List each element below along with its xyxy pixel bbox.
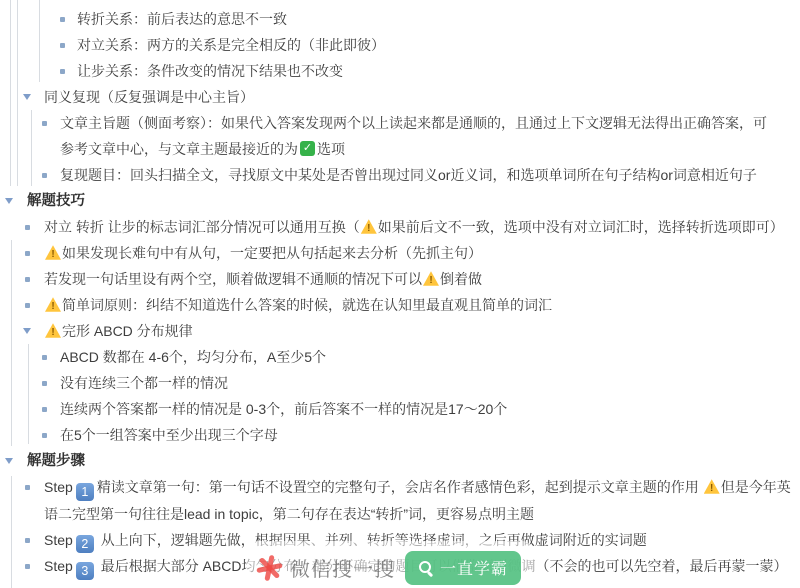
outline-item: 复现题目：回头扫描全文，寻找原文中某处是否曾出现过同义or近义词，和选项单词所在… — [0, 162, 794, 188]
item-text-segment: 简单词原则：纠结不知道选什么答案的时候，就选在认知里最直观且简单的词汇 — [62, 297, 552, 313]
bullet-icon[interactable] — [42, 381, 47, 386]
item-text-segment: 选项 — [317, 141, 345, 157]
item-text: 对立 转折 让步的标志词汇部分情况可以通用互换（如果前后文不一致，选项中没有对立… — [44, 219, 784, 235]
watermark-brand-text: 微信搜一搜 — [290, 553, 395, 582]
warning-icon — [45, 323, 61, 338]
item-text: 同义复现（反复强调是中心主旨） — [44, 89, 254, 105]
item-text: 让步关系：条件改变的情况下结果也不改变 — [77, 63, 343, 79]
warning-icon — [45, 297, 61, 312]
outline-document: 转折关系：前后表达的意思不一致 对立关系：两方的关系是完全相反的（非此即彼） 让… — [0, 0, 800, 588]
item-text: 完形 ABCD 分布规律 — [44, 323, 193, 339]
section-title: 解题步骤 — [27, 453, 85, 469]
outline-item: 在5个一组答案中至少出现三个字母 — [0, 422, 794, 448]
step-label: Step — [44, 479, 73, 495]
item-text-segment: 完形 ABCD 分布规律 — [62, 323, 193, 339]
warning-icon — [361, 219, 377, 234]
bullet-icon[interactable] — [25, 251, 30, 256]
outline-item: 没有连续三个都一样的情况 — [0, 370, 794, 396]
bullet-icon[interactable] — [25, 564, 30, 569]
step-2-badge: 2 — [76, 535, 94, 553]
bullet-icon[interactable] — [25, 538, 30, 543]
item-text: 转折关系：前后表达的意思不一致 — [77, 11, 287, 27]
outline-item: Step1精读文章第一句：第一句话不设置空的完整句子，会店名作者感情色彩，起到提… — [0, 474, 794, 527]
item-text-segment: 文章主旨题（侧面考察）：如果代入答案发现两个以上读起来都是通顺的，且通过上下文逻… — [60, 115, 767, 157]
item-text-segment: 精读文章第一句：第一句话不设置空的完整句子，会店名作者感情色彩，起到提示文章主题… — [97, 479, 703, 495]
outline-item: 完形 ABCD 分布规律 — [0, 318, 794, 344]
outline-item: 同义复现（反复强调是中心主旨） — [0, 84, 794, 110]
section-title: 解题技巧 — [27, 193, 85, 209]
item-text-segment: 倒着做 — [440, 271, 482, 287]
outline-item: 文章主旨题（侧面考察）：如果代入答案发现两个以上读起来都是通顺的，且通过上下文逻… — [0, 110, 775, 162]
step-1-badge: 1 — [76, 483, 94, 501]
item-text-segment: 对立 转折 让步的标志词汇部分情况可以通用互换（ — [44, 219, 360, 235]
item-text: 没有连续三个都一样的情况 — [60, 375, 228, 391]
magnifier-icon — [418, 560, 434, 576]
bullet-icon[interactable] — [25, 303, 30, 308]
warning-icon — [704, 479, 720, 494]
outline-item: ABCD 数都在 4-6个，均匀分布，A至少5个 — [0, 344, 794, 370]
collapse-triangle-icon[interactable] — [5, 198, 13, 204]
watermark-search-button: 一直学霸 — [405, 551, 521, 585]
wechat-search-watermark: 微信搜一搜 一直学霸 — [246, 541, 534, 588]
bullet-icon[interactable] — [42, 121, 47, 126]
item-text-segment: 如果发现长难句中有从句，一定要把从句括起来去分析（先抓主句） — [62, 245, 482, 261]
warning-icon — [45, 245, 61, 260]
outline-item: 转折关系：前后表达的意思不一致 — [0, 6, 794, 32]
item-text: 如果发现长难句中有从句，一定要把从句括起来去分析（先抓主句） — [44, 245, 482, 261]
outline-section-header: 解题技巧 — [0, 188, 794, 214]
item-text: 复现题目：回头扫描全文，寻找原文中某处是否曾出现过同义or近义词，和选项单词所在… — [60, 167, 757, 183]
bullet-icon[interactable] — [42, 407, 47, 412]
outline-item: 如果发现长难句中有从句，一定要把从句括起来去分析（先抓主句） — [0, 240, 794, 266]
item-text: 对立关系：两方的关系是完全相反的（非此即彼） — [77, 37, 385, 53]
item-text: 连续两个答案都一样的情况是 0-3个，前后答案不一样的情况是17～20个 — [60, 401, 507, 417]
item-text-segment: 如果前后文不一致，选项中没有对立词汇时，选择转折选项即可） — [378, 219, 784, 235]
bullet-icon[interactable] — [60, 43, 65, 48]
outline-item: 简单词原则：纠结不知道选什么答案的时候，就选在认知里最直观且简单的词汇 — [0, 292, 794, 318]
step-3-badge: 3 — [76, 562, 94, 580]
collapse-triangle-icon[interactable] — [23, 94, 31, 100]
bullet-icon[interactable] — [60, 69, 65, 74]
outline-item: 让步关系：条件改变的情况下结果也不改变 — [0, 58, 794, 84]
wechat-search-logo-icon — [256, 552, 282, 584]
item-text: Step1精读文章第一句：第一句话不设置空的完整句子，会店名作者感情色彩，起到提… — [44, 479, 791, 522]
item-text: 在5个一组答案中至少出现三个字母 — [60, 427, 278, 443]
item-text: ABCD 数都在 4-6个，均匀分布，A至少5个 — [60, 349, 326, 365]
warning-icon — [423, 271, 439, 286]
outline-item: 对立 转折 让步的标志词汇部分情况可以通用互换（如果前后文不一致，选项中没有对立… — [0, 214, 794, 240]
bullet-icon[interactable] — [60, 17, 65, 22]
collapse-triangle-icon[interactable] — [23, 328, 31, 334]
collapse-triangle-icon[interactable] — [5, 458, 13, 464]
item-text-segment: 若发现一句话里设有两个空，顺着做逻辑不通顺的情况下可以 — [44, 271, 422, 287]
bullet-icon[interactable] — [25, 485, 30, 490]
outline-list: 转折关系：前后表达的意思不一致 对立关系：两方的关系是完全相反的（非此即彼） 让… — [0, 6, 794, 580]
item-text: 文章主旨题（侧面考察）：如果代入答案发现两个以上读起来都是通顺的，且通过上下文逻… — [60, 115, 767, 157]
watermark-button-label: 一直学霸 — [440, 556, 508, 579]
outline-item: 对立关系：两方的关系是完全相反的（非此即彼） — [0, 32, 794, 58]
outline-item: 连续两个答案都一样的情况是 0-3个，前后答案不一样的情况是17～20个 — [0, 396, 794, 422]
bullet-icon[interactable] — [25, 277, 30, 282]
bullet-icon[interactable] — [42, 355, 47, 360]
check-icon — [300, 141, 315, 156]
outline-item: 若发现一句话里设有两个空，顺着做逻辑不通顺的情况下可以倒着做 — [0, 266, 794, 292]
step-label: Step — [44, 532, 73, 548]
step-label: Step — [44, 558, 73, 574]
bullet-icon[interactable] — [25, 225, 30, 230]
outline-section-header: 解题步骤 — [0, 448, 794, 474]
bullet-icon[interactable] — [42, 433, 47, 438]
item-text: 若发现一句话里设有两个空，顺着做逻辑不通顺的情况下可以倒着做 — [44, 271, 482, 287]
item-text: 简单词原则：纠结不知道选什么答案的时候，就选在认知里最直观且简单的词汇 — [44, 297, 552, 313]
bullet-icon[interactable] — [42, 173, 47, 178]
